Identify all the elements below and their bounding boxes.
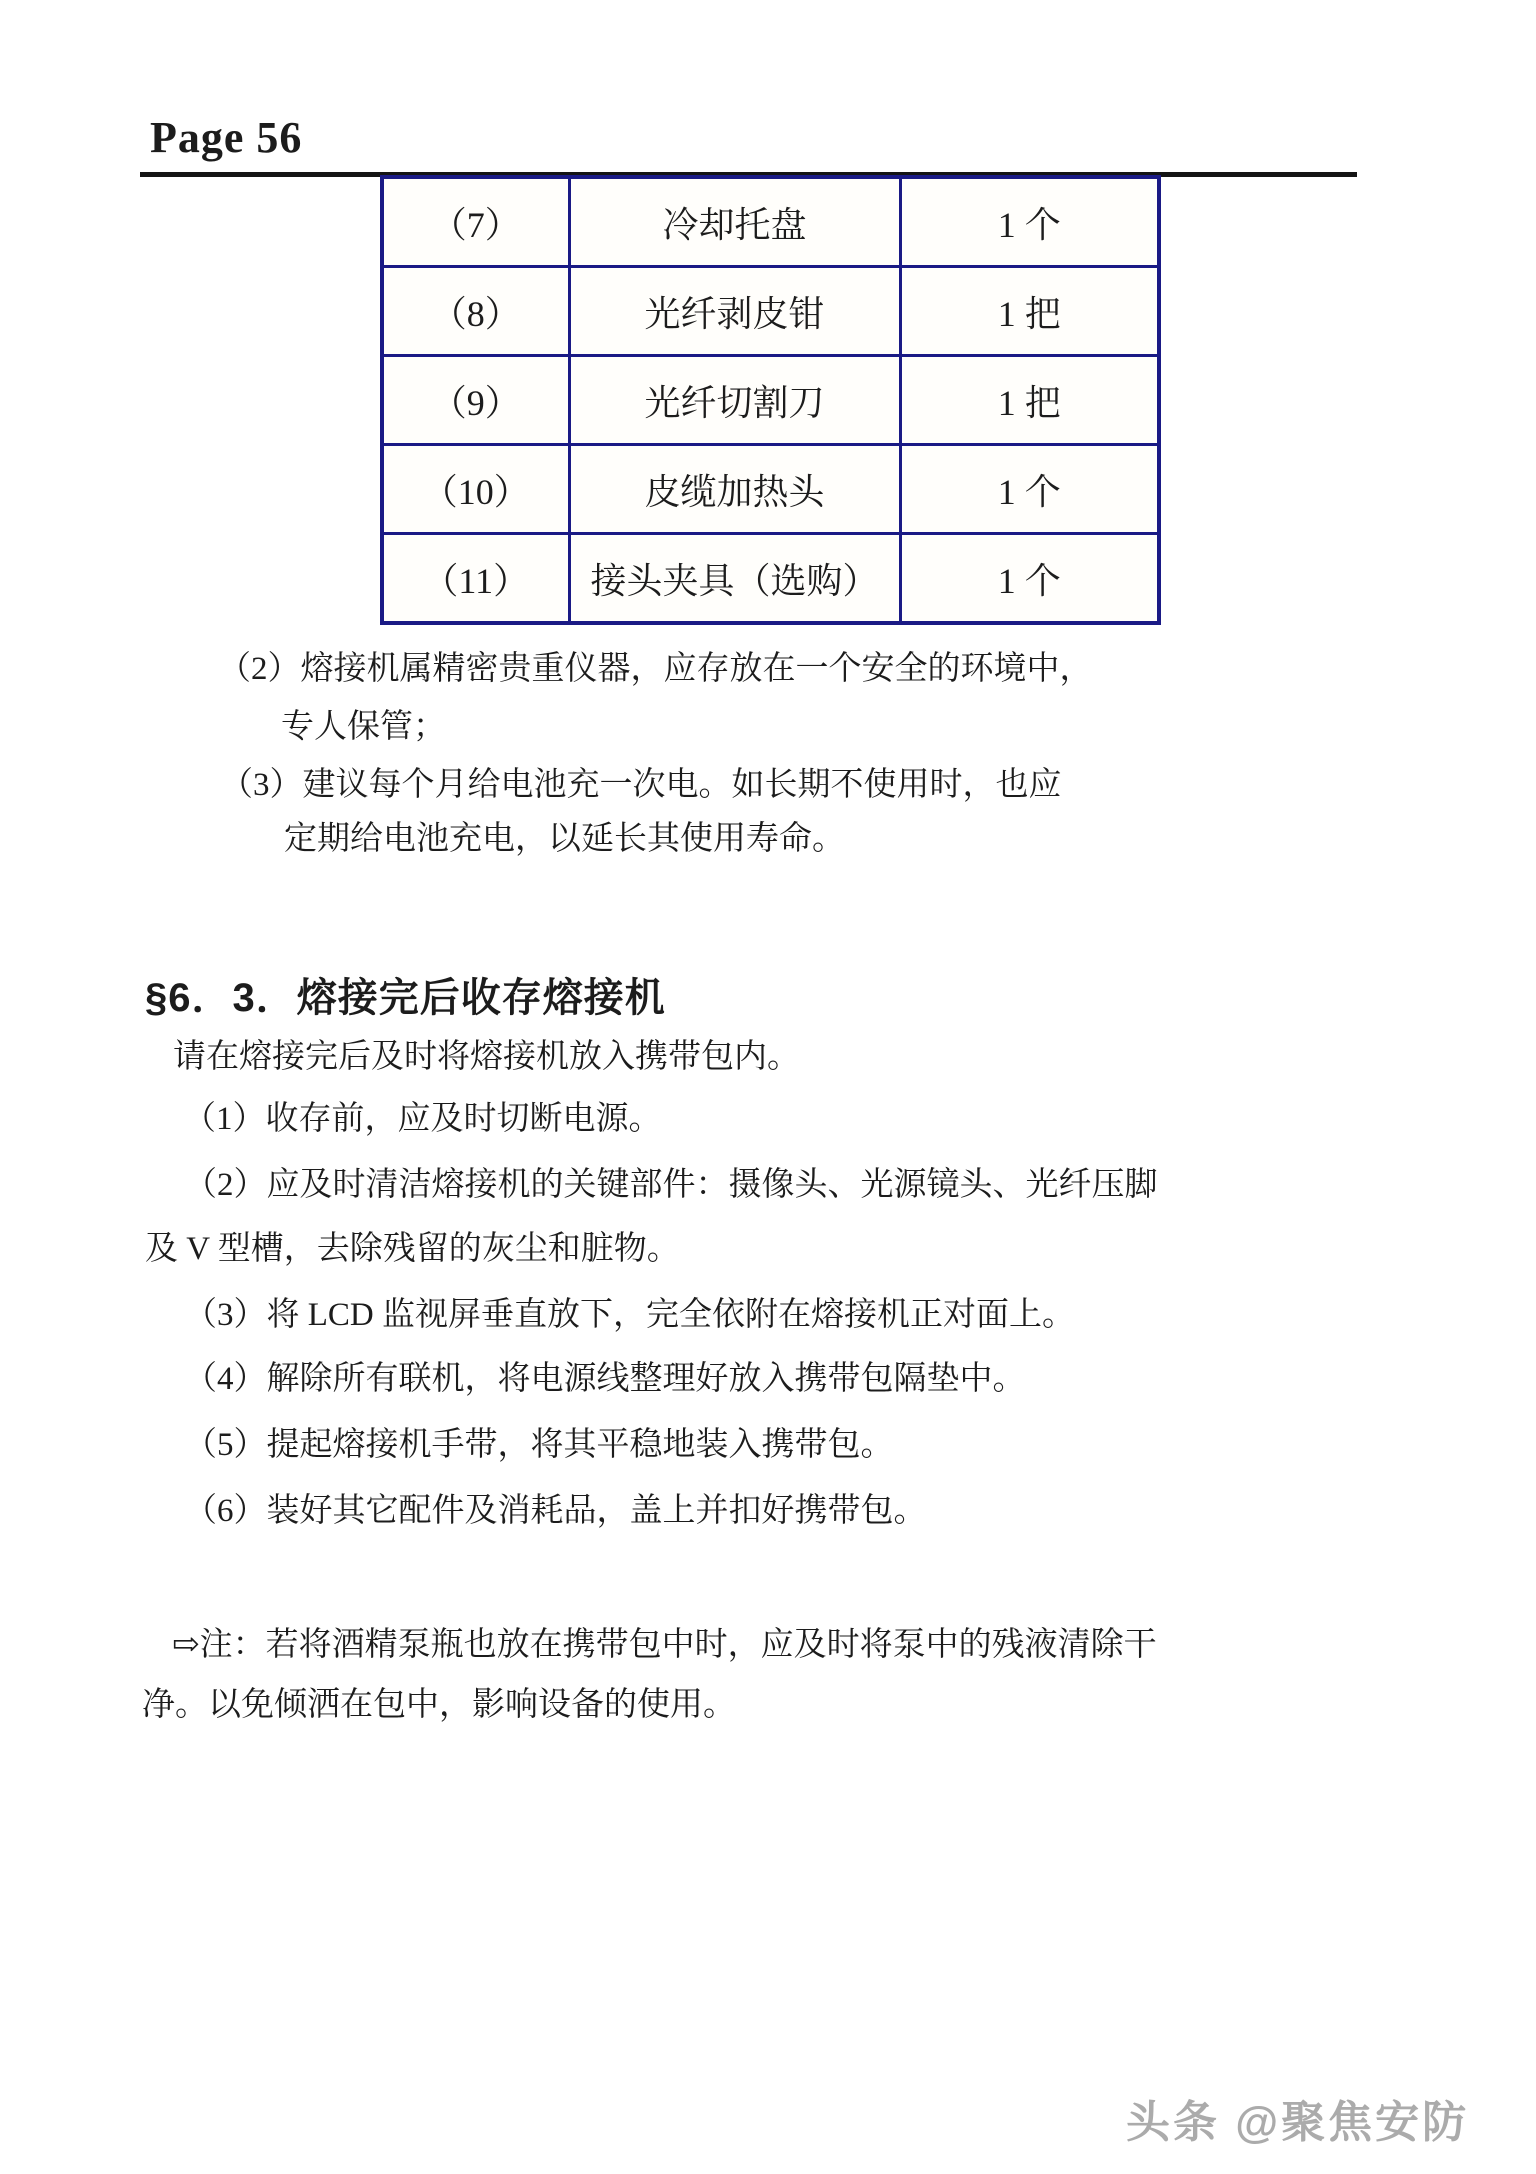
table-row: （9） 光纤切割刀 1 把 <box>382 356 1159 445</box>
quantity-cell: 1 把 <box>900 356 1159 445</box>
document-page: Page 56 （7） 冷却托盘 1 个 （8） 光纤剥皮钳 1 把 （9） 光… <box>0 0 1536 2174</box>
step-1: （1）收存前，应及时切断电源。 <box>183 1100 662 1140</box>
storage-note-3-line-2: 定期给电池充电，以延长其使用寿命。 <box>284 820 845 860</box>
row-number-cell: （9） <box>382 356 569 445</box>
row-number-cell: （10） <box>382 445 569 534</box>
storage-note-3-line-1: （3）建议每个月给电池充一次电。如长期不使用时，也应 <box>220 766 1062 806</box>
page-number-label: Page 56 <box>150 112 302 163</box>
quantity-cell: 1 把 <box>900 267 1159 356</box>
step-3: （3）将 LCD 监视屏垂直放下，完全依附在熔接机正对面上。 <box>184 1296 1075 1336</box>
table-row: （8） 光纤剥皮钳 1 把 <box>382 267 1159 356</box>
item-name-cell: 皮缆加热头 <box>569 445 900 534</box>
item-name-cell: 光纤切割刀 <box>569 356 900 445</box>
caution-note-line-2: 净。以免倾洒在包中，影响设备的使用。 <box>142 1686 736 1726</box>
quantity-cell: 1 个 <box>900 534 1159 624</box>
section-heading: §6．3．熔接完后收存熔接机 <box>145 966 666 1023</box>
row-number-cell: （11） <box>382 534 569 624</box>
item-name-cell: 冷却托盘 <box>569 177 900 267</box>
table-row: （7） 冷却托盘 1 个 <box>382 177 1159 267</box>
item-name-cell: 光纤剥皮钳 <box>569 267 900 356</box>
step-4: （4）解除所有联机，将电源线整理好放入携带包隔垫中。 <box>184 1360 1026 1400</box>
step-5: （5）提起熔接机手带，将其平稳地装入携带包。 <box>184 1426 894 1466</box>
step-2-line-2: 及 V 型槽，去除残留的灰尘和脏物。 <box>145 1230 680 1270</box>
storage-note-2-line-1: （2）熔接机属精密贵重仪器，应存放在一个安全的环境中， <box>218 650 1093 690</box>
table-row: （11） 接头夹具（选购） 1 个 <box>382 534 1159 624</box>
item-name-cell: 接头夹具（选购） <box>569 534 900 624</box>
step-6: （6）装好其它配件及消耗品，盖上并扣好携带包。 <box>184 1492 927 1532</box>
row-number-cell: （8） <box>382 267 569 356</box>
quantity-cell: 1 个 <box>900 445 1159 534</box>
watermark-text: 头条 @聚焦安防 <box>1126 2086 1469 2150</box>
step-2-line-1: （2）应及时清洁熔接机的关键部件：摄像头、光源镜头、光纤压脚 <box>184 1166 1158 1206</box>
section-intro: 请在熔接完后及时将熔接机放入携带包内。 <box>173 1038 800 1078</box>
row-number-cell: （7） <box>382 177 569 267</box>
quantity-cell: 1 个 <box>900 177 1159 267</box>
storage-note-2-line-2: 专人保管； <box>281 708 446 748</box>
caution-note-line-1: ⇨注：若将酒精泵瓶也放在携带包中时，应及时将泵中的残液清除干 <box>172 1626 1157 1666</box>
accessory-table: （7） 冷却托盘 1 个 （8） 光纤剥皮钳 1 把 （9） 光纤切割刀 1 把… <box>380 175 1161 625</box>
table-row: （10） 皮缆加热头 1 个 <box>382 445 1159 534</box>
